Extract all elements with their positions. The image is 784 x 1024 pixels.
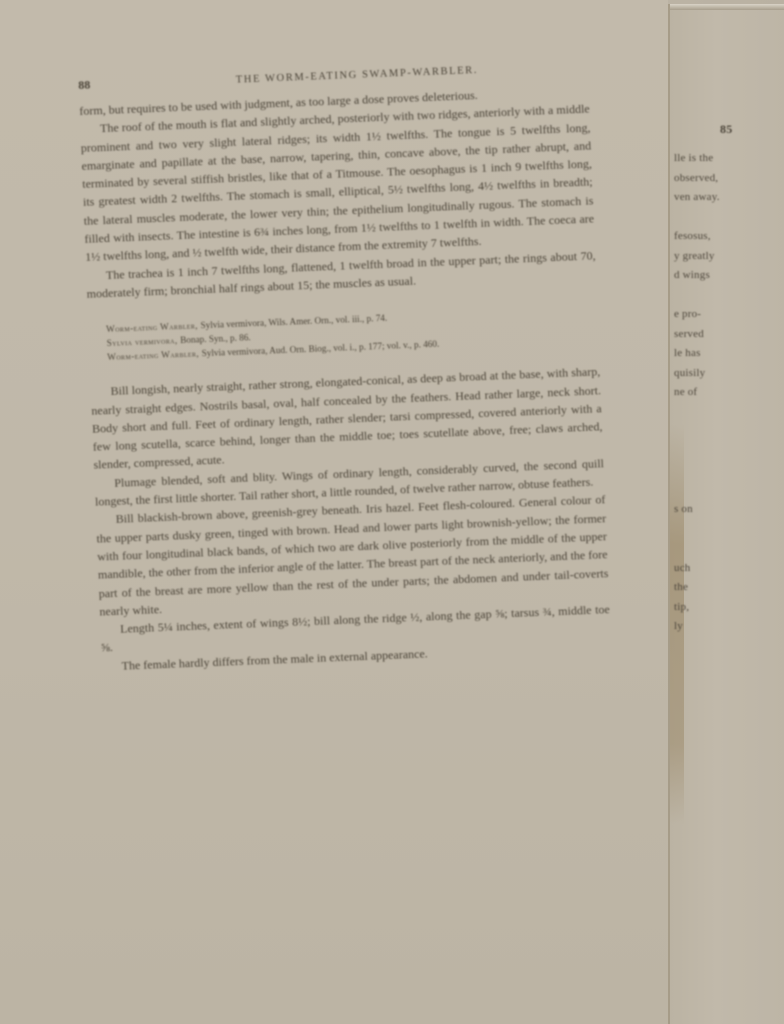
adjacent-page-line: s on — [674, 503, 693, 515]
description-paragraphs: Bill longish, nearly straight, rather st… — [90, 363, 611, 676]
adjacent-page-line: d wings — [674, 269, 710, 281]
adjacent-page-line: lle is the — [674, 152, 713, 164]
adjacent-page-line: served — [674, 328, 704, 340]
running-title: THE WORM-EATING SWAMP-WARBLER. — [236, 65, 479, 86]
adjacent-page-line: ven away. — [674, 191, 720, 203]
synonym-name: Worm-eating Warbler, — [107, 349, 202, 363]
paragraph: Bill blackish-brown above, greenish-grey… — [95, 491, 609, 621]
adjacent-page-line: uch — [674, 562, 690, 574]
adjacent-page-line: e pro- — [674, 308, 701, 320]
anatomy-paragraphs: form, but requires to be used with judgm… — [79, 82, 597, 304]
adjacent-page-line: ne of — [674, 386, 697, 398]
adjacent-page-line: observed, — [674, 172, 718, 184]
synonymy-list: Worm-eating Warbler, Sylvia vermivora, W… — [106, 303, 599, 365]
adjacent-page-line: ly — [674, 620, 683, 632]
page-edge — [670, 4, 784, 10]
synonym-name: Sylvia vermivora, — [106, 335, 180, 348]
page-number: 88 — [78, 78, 91, 93]
adjacent-page-line: y greatly — [674, 250, 715, 262]
book-page: 88 THE WORM-EATING SWAMP-WARBLER. form, … — [0, 0, 668, 1024]
adjacent-page-line: fesosus, — [674, 230, 711, 242]
adjacent-page: 85 lle is theobserved,ven away.fesosus,y… — [668, 4, 784, 1024]
paragraph: The roof of the mouth is flat and slight… — [80, 100, 595, 267]
adjacent-page-line: quisily — [674, 367, 705, 379]
adjacent-page-line: the — [674, 581, 688, 593]
adjacent-page-line: le has — [674, 347, 701, 359]
page-text-block: 88 THE WORM-EATING SWAMP-WARBLER. form, … — [78, 58, 612, 676]
synonym-citation: Bonap. Syn., p. 86. — [180, 333, 251, 346]
adjacent-page-line: tip, — [674, 601, 689, 613]
adjacent-page-number: 85 — [720, 122, 732, 137]
